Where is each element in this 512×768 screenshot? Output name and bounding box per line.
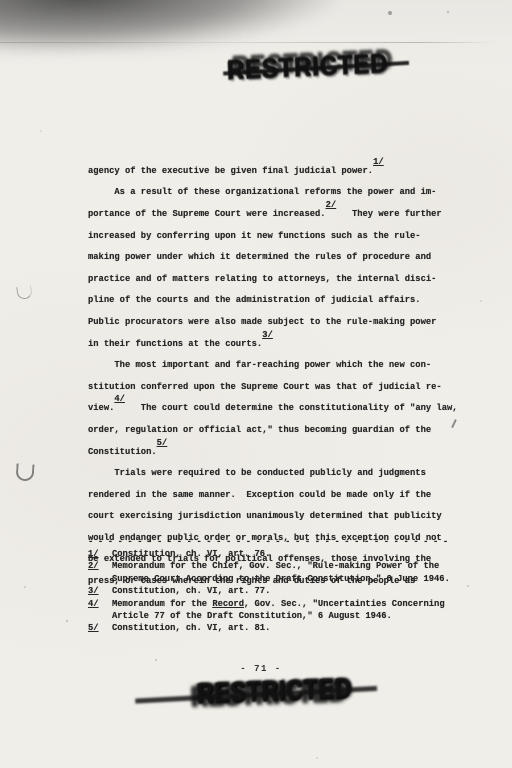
document-page: RESTRICTEDRESTRICTED agency of the execu…: [0, 0, 512, 768]
scanned-document-page: { "page_number": "- 71 -", "stamps": { "…: [0, 0, 512, 768]
footnote-reference-superscript: 4/: [114, 389, 125, 411]
body-line-text: in their functions at the courts.: [88, 339, 262, 349]
body-line: in their functions at the courts.3/: [88, 334, 458, 356]
footnote-number: 5/: [88, 622, 99, 634]
footnote-reference-superscript: 2/: [326, 195, 337, 217]
footnote-reference-superscript: 5/: [157, 433, 168, 455]
body-line: stitution conferred upon the Supreme Cou…: [88, 377, 458, 399]
body-line: press, or cases wherein the rights and d…: [88, 571, 458, 593]
footnote-reference-superscript: 1/: [373, 152, 384, 174]
body-line-text: stitution conferred upon the Supreme Cou…: [88, 382, 442, 392]
body-line-text: pline of the courts and the administrati…: [88, 295, 421, 305]
body-line-text: be extended to trials for political offe…: [88, 554, 431, 564]
body-line-text: The most important and far-reaching powe…: [88, 360, 431, 370]
footnote-text: Constitution, ch. VI, art. 81.: [112, 623, 270, 633]
footnote-number: 4/: [88, 598, 99, 610]
body-line-text: portance of the Supreme Court were incre…: [88, 209, 326, 219]
body-line: agency of the executive be given final j…: [88, 161, 458, 183]
body-line: rendered in the same manner. Exception c…: [88, 485, 458, 507]
footnote-item: 4/Memorandum for the Record, Gov. Sec., …: [88, 598, 450, 623]
body-line-text: rendered in the same manner. Exception c…: [88, 490, 431, 500]
restricted-stamp-top: RESTRICTEDRESTRICTED: [226, 47, 415, 86]
body-line: The most important and far-reaching powe…: [88, 355, 458, 377]
body-line-text: making power under which it determined t…: [88, 252, 431, 262]
body-line-text: As a result of these organizational refo…: [88, 187, 436, 197]
body-line: would endanger public order or morals, b…: [88, 528, 458, 550]
pencil-mark-lower: [15, 463, 34, 481]
restricted-stamp-bottom: RESTRICTEDRESTRICTED: [196, 671, 386, 710]
body-line: court exercising jurisdiction unanimousl…: [88, 506, 458, 528]
body-line-text: order, regulation or official act," thus…: [88, 425, 431, 435]
body-line: pline of the courts and the administrati…: [88, 290, 458, 312]
body-line-text: increased by conferring upon it new func…: [88, 231, 421, 241]
body-line: Constitution.5/: [88, 442, 458, 464]
pencil-mark-upper: [16, 285, 33, 300]
body-line: portance of the Supreme Court were incre…: [88, 204, 458, 226]
body-line-text-after: They were further: [336, 209, 442, 219]
footnote-text-pre: Memorandum for the: [112, 599, 212, 609]
body-line: Trials were required to be conducted pub…: [88, 463, 458, 485]
body-line: view.4/ The court could determine the co…: [88, 398, 458, 420]
body-line: be extended to trials for political offe…: [88, 549, 458, 571]
body-line: order, regulation or official act," thus…: [88, 420, 458, 442]
footnote-reference-superscript: 3/: [262, 325, 273, 347]
body-line-text: court exercising jurisdiction unanimousl…: [88, 511, 442, 521]
footnote-text-full: Constitution, ch. VI, art. 81.: [112, 623, 270, 633]
body-line: As a result of these organizational refo…: [88, 182, 458, 204]
body-line-text: would endanger public order or morals, b…: [88, 533, 442, 543]
body-line-text: press, or cases wherein the rights and d…: [88, 576, 415, 586]
body-line-text: agency of the executive be given final j…: [88, 166, 373, 176]
body-line-text: Trials were required to be conducted pub…: [88, 468, 426, 478]
body-line-text: view.: [88, 403, 114, 413]
footnote-text-underlined: Record: [212, 599, 244, 609]
page-number: - 71 -: [5, 664, 512, 674]
body-line: increased by conferring upon it new func…: [88, 226, 458, 248]
footnote-text: Memorandum for the Record, Gov. Sec., "U…: [112, 599, 445, 621]
body-line-text-after: The court could determine the constituti…: [125, 403, 458, 413]
document-body-text: agency of the executive be given final j…: [88, 96, 458, 593]
footnote-item: 5/Constitution, ch. VI, art. 81.: [88, 622, 450, 634]
body-line: making power under which it determined t…: [88, 247, 458, 269]
body-line: practice and of matters relating to atto…: [88, 269, 458, 291]
body-line-text: Constitution.: [88, 447, 157, 457]
body-line-text: practice and of matters relating to atto…: [88, 274, 436, 284]
